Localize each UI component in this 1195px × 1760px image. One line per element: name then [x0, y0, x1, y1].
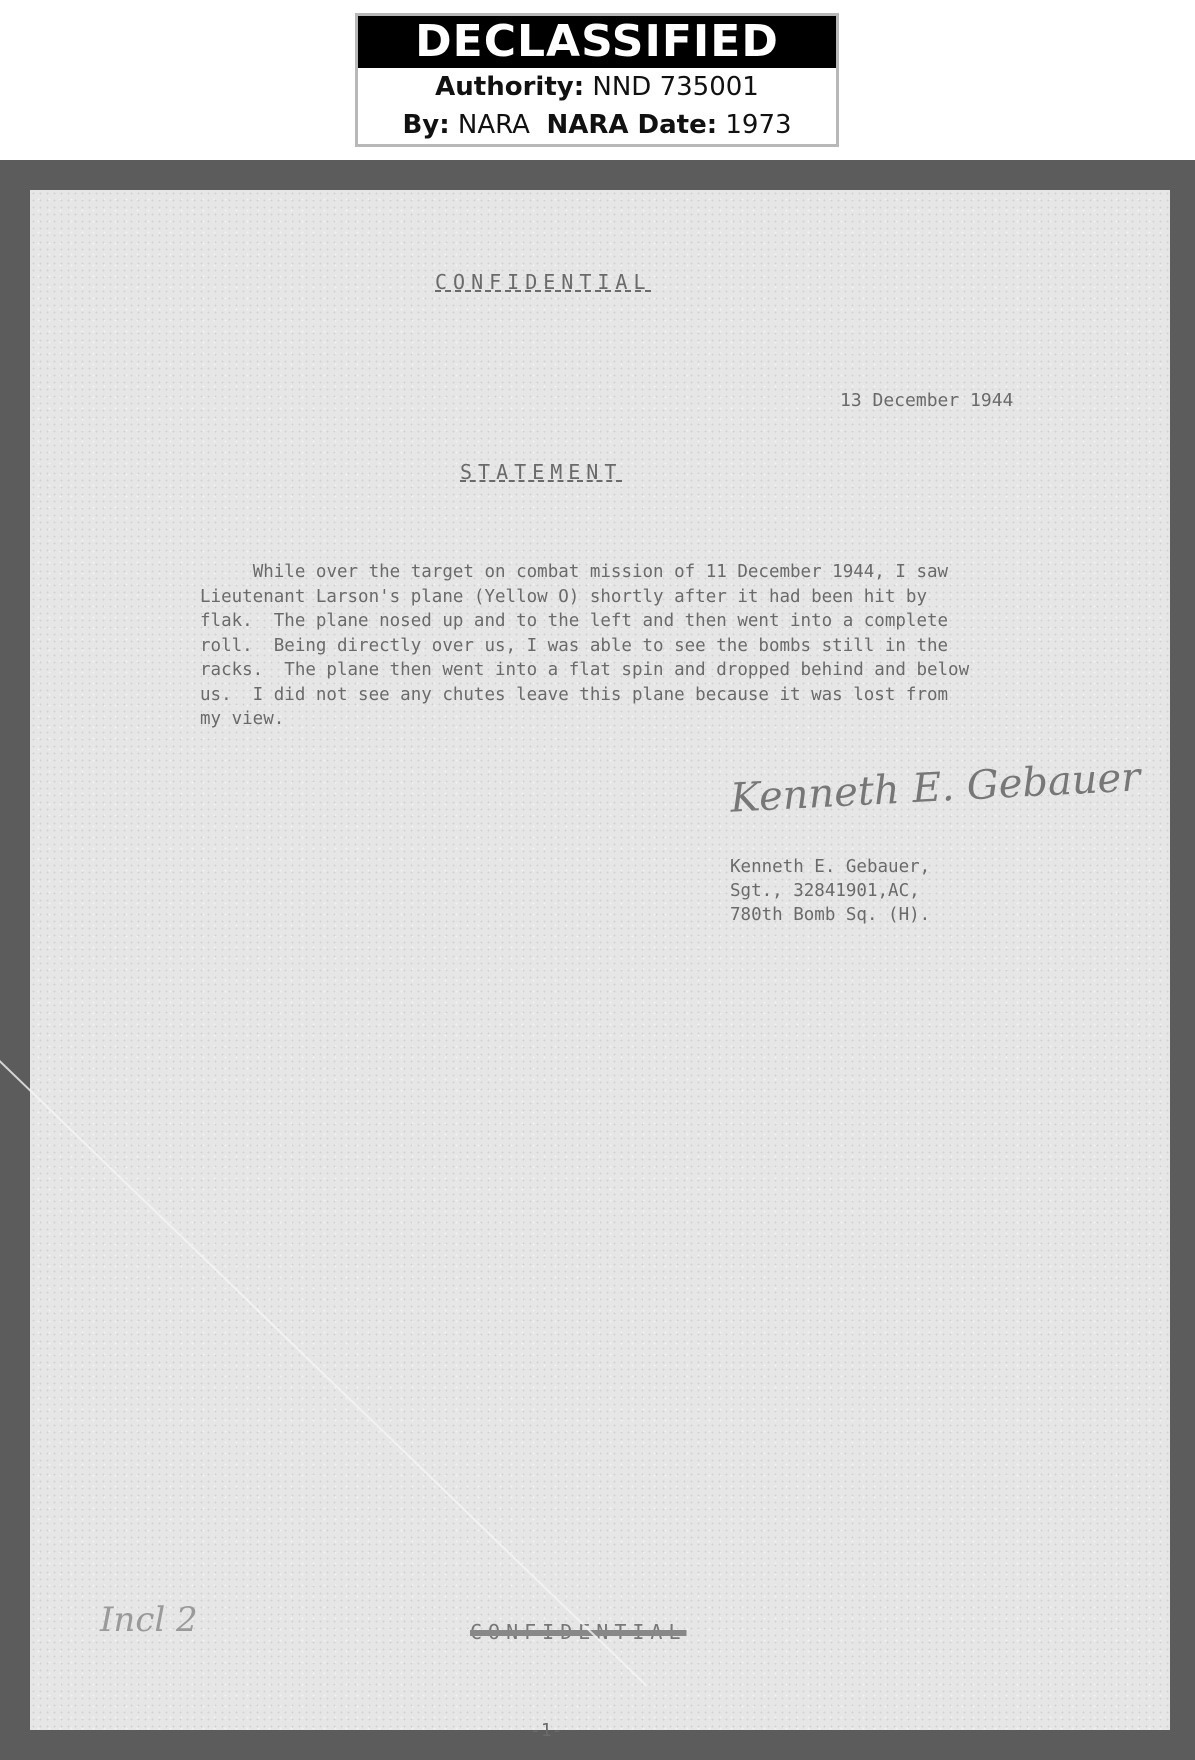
statement-body: While over the target on combat mission …: [200, 560, 1100, 732]
stamp-by: By: NARA NARA Date: 1973: [358, 106, 836, 144]
classification-bottom: CONFIDENTIAL: [470, 1620, 687, 1644]
declassified-stamp: DECLASSIFIED Authority: NND 735001 By: N…: [355, 13, 839, 147]
signature-block: Kenneth E. Gebauer, Sgt., 32841901,AC, 7…: [730, 855, 930, 927]
paper-sheet: CONFIDENTIAL 13 December 1944 STATEMENT …: [30, 190, 1170, 1730]
scanned-page: CONFIDENTIAL 13 December 1944 STATEMENT …: [0, 160, 1195, 1760]
by-label: By:: [402, 110, 449, 140]
authority-value: NND 735001: [592, 72, 758, 102]
document-heading: STATEMENT: [460, 460, 622, 484]
date-label: NARA Date:: [546, 110, 717, 140]
date-value: 1973: [725, 110, 791, 140]
authority-label: Authority:: [435, 72, 584, 102]
stamp-authority: Authority: NND 735001: [358, 68, 836, 106]
document-date: 13 December 1944: [840, 390, 1013, 411]
classification-top: CONFIDENTIAL: [435, 270, 652, 294]
handwritten-signature: Kenneth E. Gebauer: [729, 754, 1141, 821]
by-value: NARA: [458, 110, 530, 140]
stamp-title: DECLASSIFIED: [358, 16, 836, 68]
handwritten-note: Incl 2: [100, 1600, 198, 1640]
page-number: -1-: [530, 1720, 563, 1741]
